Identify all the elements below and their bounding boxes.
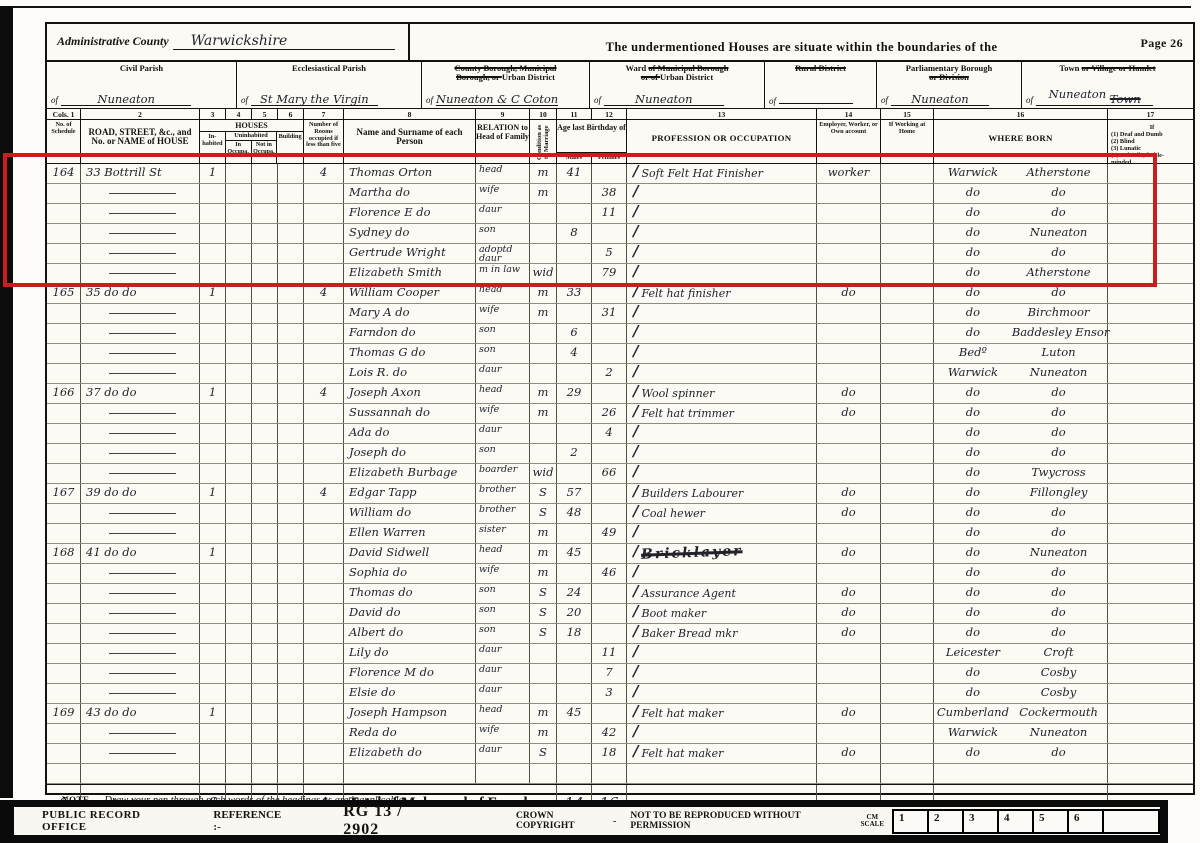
born-county: do [934, 744, 1012, 761]
infirmity [1108, 764, 1193, 783]
enumerator-tick: / [633, 343, 638, 360]
relation: head [476, 704, 530, 723]
rooms [304, 584, 344, 603]
age-male: 45 [557, 544, 592, 563]
born-place: Twycross [1012, 464, 1105, 481]
infirmity-label-line: (3) Lunatic [1111, 145, 1193, 152]
table-row: Sophia dowifem46/dodo [47, 564, 1193, 584]
houses-building [278, 684, 304, 703]
occupation-text: Bricklayer [641, 543, 743, 564]
where-born: dodo [934, 384, 1108, 403]
district-label: Civil Parish [47, 64, 236, 73]
houses-inhabited: 1 [200, 484, 226, 503]
address-ditto-line [109, 633, 177, 634]
houses-uninhabited-in-occupation [226, 404, 252, 423]
employer-status [817, 444, 881, 463]
working-at-home [881, 364, 934, 383]
district-label-text: Town [1059, 63, 1081, 73]
houses-uninhabited-not-in-occupation [252, 584, 278, 603]
enumerator-tick: / [633, 683, 638, 700]
enumerator-tick: / [633, 643, 638, 660]
address-ditto-line [109, 373, 177, 374]
boundary-statement: The undermentioned Houses are situate wi… [410, 24, 1193, 60]
person-name: Ada do [344, 424, 476, 443]
enumerator-tick: / [633, 663, 638, 680]
relation: son [476, 584, 530, 603]
schedule-number [47, 504, 81, 523]
age-female [592, 344, 627, 363]
working-at-home [881, 764, 934, 783]
address: 37 do do [81, 384, 200, 403]
born-county: do [934, 624, 1012, 641]
where-born: dodo [934, 604, 1108, 623]
houses-inhabited [200, 764, 226, 783]
occupation: /Assurance Agent [627, 584, 817, 603]
schedule-number [47, 764, 81, 783]
age-male: 29 [557, 384, 592, 403]
census-form: Administrative County Warwickshire The u… [45, 22, 1195, 795]
address-ditto-line [109, 533, 177, 534]
enumerator-tick: / [633, 403, 638, 420]
district-label: County Borough, MunicipalBorough, or Urb… [422, 64, 589, 82]
table-row: William dobrotherS48/Coal hewerdododo [47, 504, 1193, 524]
schedule-number: 169 [47, 704, 81, 723]
houses-uninhabited-not-in-occupation [252, 644, 278, 663]
table-row: Sussannah dowifem26/Felt hat trimmerdodo… [47, 404, 1193, 424]
houses-uninhabited-in-occupation [226, 744, 252, 763]
where-born: doNuneaton [934, 544, 1108, 563]
relation: wife [476, 564, 530, 583]
marriage-condition: m [530, 304, 557, 323]
person-name: Joseph Axon [344, 384, 476, 403]
infirmity [1108, 384, 1193, 403]
houses-inhabited [200, 304, 226, 323]
born-place: Croft [1012, 644, 1105, 661]
district-of-line: ofNuneaton [881, 92, 1017, 106]
enumerator-tick: / [633, 443, 638, 460]
where-born: doBirchmoor [934, 304, 1108, 323]
person-name: Reda do [344, 724, 476, 743]
age-female [592, 624, 627, 643]
houses-uninhabited-in-occupation [226, 544, 252, 563]
person-name: David do [344, 604, 476, 623]
table-row [47, 764, 1193, 784]
age-female [592, 704, 627, 723]
person-name: Joseph Hampson [344, 704, 476, 723]
occupation-text: Coal hewer [641, 507, 704, 520]
occupation-text: Felt hat finisher [641, 287, 730, 300]
born-place: do [1012, 504, 1105, 521]
houses-uninhabited-not-in-occupation [252, 604, 278, 623]
column-number: 12 [592, 109, 626, 120]
rooms [304, 744, 344, 763]
age-male [557, 644, 592, 663]
houses-uninhabited-in-occupation [226, 644, 252, 663]
age-male: 2 [557, 444, 592, 463]
houses-building [278, 524, 304, 543]
born-county: do [934, 524, 1012, 541]
relation: wife [476, 724, 530, 743]
working-at-home [881, 504, 934, 523]
rooms [304, 664, 344, 683]
address-ditto-line [109, 513, 177, 514]
table-row: Farndon doson6/doBaddesley Ensor [47, 324, 1193, 344]
infirmity [1108, 744, 1193, 763]
working-at-home [881, 684, 934, 703]
houses-building [278, 364, 304, 383]
relation: daur [476, 364, 530, 383]
infirmity-label-line: (2) Blind [1111, 138, 1193, 145]
scan-edge-strip [0, 6, 13, 798]
person-name [344, 764, 476, 783]
occupation: /Boot maker [627, 604, 817, 623]
marriage-condition: m [530, 564, 557, 583]
age-female: 46 [592, 564, 627, 583]
houses-building [278, 484, 304, 503]
born-county: do [934, 304, 1012, 321]
cm-scale-boxes: 123456 [894, 809, 1160, 834]
houses-uninhabited-not-in-occupation [252, 764, 278, 783]
infirmity [1108, 564, 1193, 583]
houses-uninhabited-in-occupation [226, 424, 252, 443]
person-name: Thomas do [344, 584, 476, 603]
address [81, 664, 200, 683]
table-row: Reda dowifem42/WarwickNuneaton [47, 724, 1193, 744]
where-born: CumberlandCockermouth [934, 704, 1108, 723]
age-female: 4 [592, 424, 627, 443]
houses-building [278, 384, 304, 403]
houses-uninhabited-not-in-occupation [252, 744, 278, 763]
district-label-text: Civil Parish [120, 63, 163, 73]
working-at-home [881, 344, 934, 363]
houses-inhabited [200, 684, 226, 703]
table-row: Ellen Warrensisterm49/dodo [47, 524, 1193, 544]
working-at-home [881, 744, 934, 763]
houses-inhabited [200, 344, 226, 363]
born-place: do [1012, 564, 1105, 581]
born-county: Warwick [934, 724, 1012, 741]
schedule-number [47, 644, 81, 663]
address-ditto-line [109, 413, 177, 414]
relation: daur [476, 644, 530, 663]
born-place: do [1012, 524, 1105, 541]
where-born: dodo [934, 404, 1108, 423]
houses-building [278, 744, 304, 763]
district-value: Nuneaton Town [1036, 92, 1153, 106]
district-label-line: Borough, or Urban District [422, 73, 589, 82]
employer-status [817, 424, 881, 443]
born-place: do [1012, 584, 1105, 601]
born-county: do [934, 404, 1012, 421]
rooms: 4 [304, 384, 344, 403]
district-value: Nuneaton [61, 92, 191, 106]
schedule-number [47, 724, 81, 743]
schedule-number [47, 604, 81, 623]
address [81, 504, 200, 523]
of-word: of [594, 95, 601, 105]
district-of-line: ofNuneaton [51, 92, 232, 106]
address [81, 324, 200, 343]
working-at-home [881, 724, 934, 743]
enumerator-tick: / [633, 423, 638, 440]
infirmity [1108, 364, 1193, 383]
employer-status [817, 344, 881, 363]
age-male [557, 664, 592, 683]
houses-building [278, 584, 304, 603]
district-of-line: ofNuneaton Town [1026, 92, 1189, 106]
infirmity [1108, 544, 1193, 563]
houses-uninhabited-in-occupation [226, 584, 252, 603]
column-number: 4 [226, 109, 252, 120]
houses-uninhabited-not-in-occupation [252, 464, 278, 483]
rooms [304, 684, 344, 703]
scale-box-empty [1102, 809, 1160, 834]
age-male: 57 [557, 484, 592, 503]
district-value-struck: Town [1110, 92, 1141, 106]
working-at-home [881, 604, 934, 623]
address-ditto-line [109, 433, 177, 434]
table-row: Albert dosonS18/Baker Bread mkrdododo [47, 624, 1193, 644]
boundary-statement-text: The undermentioned Houses are situate wi… [606, 40, 998, 54]
born-county: do [934, 684, 1012, 701]
where-born: BedºLuton [934, 344, 1108, 363]
occupation-text: Baker Bread mkr [641, 627, 737, 640]
houses-building [278, 564, 304, 583]
scale-box: 4 [997, 809, 1034, 834]
table-row: 16739 do do14Edgar TappbrotherS57/Builde… [47, 484, 1193, 504]
of-word: of [426, 95, 433, 105]
houses-building [278, 604, 304, 623]
column-number: 15 [881, 109, 933, 120]
of-word: of [1026, 95, 1033, 105]
address [81, 764, 200, 783]
relation: daur [476, 664, 530, 683]
district-value: St Mary the Virgin [251, 92, 378, 106]
marriage-condition: m [530, 384, 557, 403]
houses-inhabited [200, 664, 226, 683]
where-born: doFillongley [934, 484, 1108, 503]
marriage-condition: S [530, 504, 557, 523]
column-number: 2 [81, 109, 199, 120]
of-word: of [241, 95, 248, 105]
address [81, 464, 200, 483]
column-number: 16 [934, 109, 1107, 120]
marriage-condition: S [530, 624, 557, 643]
houses-inhabited [200, 364, 226, 383]
occupation: / [627, 324, 817, 343]
administrative-county-value: Warwickshire [173, 33, 395, 50]
infirmity [1108, 524, 1193, 543]
rooms [304, 364, 344, 383]
age-male [557, 464, 592, 483]
marriage-condition [530, 324, 557, 343]
occupation: / [627, 724, 817, 743]
address [81, 604, 200, 623]
enumerator-tick: / [633, 303, 638, 320]
age-male: 18 [557, 624, 592, 643]
age-female: 49 [592, 524, 627, 543]
relation: son [476, 324, 530, 343]
marriage-condition [530, 684, 557, 703]
working-at-home [881, 404, 934, 423]
schedule-number [47, 324, 81, 343]
houses-uninhabited-in-occupation [226, 624, 252, 643]
houses-inhabited [200, 444, 226, 463]
houses-uninhabited-not-in-occupation [252, 344, 278, 363]
marriage-condition: m [530, 524, 557, 543]
district-header-row: Civil ParishofNuneatonEcclesiastical Par… [47, 62, 1193, 109]
person-name: Lily do [344, 644, 476, 663]
relation: head [476, 384, 530, 403]
houses-uninhabited-in-occupation [226, 604, 252, 623]
column-number: Cols. 1 [47, 109, 80, 120]
houses-uninhabited-not-in-occupation [252, 444, 278, 463]
marriage-condition: wid [530, 464, 557, 483]
column-number: 8 [344, 109, 475, 120]
employer-status: do [817, 504, 881, 523]
marriage-condition [530, 444, 557, 463]
employer-status [817, 664, 881, 683]
administrative-county-box: Administrative County Warwickshire [47, 24, 410, 60]
enumerator-tick: / [633, 523, 638, 540]
houses-uninhabited-not-in-occupation [252, 304, 278, 323]
born-county: do [934, 464, 1012, 481]
employer-status: do [817, 704, 881, 723]
employer-status [817, 464, 881, 483]
houses-uninhabited-not-in-occupation [252, 404, 278, 423]
age-male: 4 [557, 344, 592, 363]
where-born: dodo [934, 444, 1108, 463]
address-ditto-line [109, 593, 177, 594]
occupation: / [627, 424, 817, 443]
district-of-line: ofNuneaton [594, 92, 760, 106]
district-box: Civil ParishofNuneaton [47, 62, 237, 108]
houses-uninhabited-not-in-occupation [252, 704, 278, 723]
working-at-home [881, 524, 934, 543]
houses-inhabited: 1 [200, 544, 226, 563]
rooms [304, 504, 344, 523]
enumerator-tick: / [633, 383, 638, 400]
born-county: do [934, 444, 1012, 461]
age-male [557, 684, 592, 703]
houses-uninhabited-in-occupation [226, 704, 252, 723]
working-at-home [881, 384, 934, 403]
houses-building [278, 544, 304, 563]
houses-uninhabited-not-in-occupation [252, 384, 278, 403]
column-number: 5 [252, 109, 278, 120]
of-word: of [769, 96, 776, 106]
houses-uninhabited-not-in-occupation [252, 664, 278, 683]
marriage-condition: m [530, 544, 557, 563]
column-number: 9 [476, 109, 529, 120]
houses-building [278, 644, 304, 663]
district-value: Nuneaton [604, 92, 724, 106]
schedule-number [47, 464, 81, 483]
schedule-number [47, 564, 81, 583]
column-number: 11 [557, 109, 592, 120]
footer-reference-label: REFERENCE :- [213, 809, 281, 833]
where-born: dodo [934, 564, 1108, 583]
person-name: Elsie do [344, 684, 476, 703]
employer-status [817, 564, 881, 583]
relation: daur [476, 744, 530, 763]
houses-uninhabited-in-occupation [226, 364, 252, 383]
where-born: dodo [934, 424, 1108, 443]
working-at-home [881, 704, 934, 723]
houses-uninhabited-in-occupation [226, 524, 252, 543]
where-born [934, 764, 1108, 783]
of-word: of [51, 95, 58, 105]
district-label: Town or Village or Hamlet [1022, 64, 1193, 73]
occupation-text: Builders Labourer [641, 487, 743, 500]
schedule-number: 168 [47, 544, 81, 563]
district-box: Ward of Municipal Boroughor of Urban Dis… [590, 62, 765, 108]
schedule-number [47, 664, 81, 683]
marriage-condition: m [530, 704, 557, 723]
district-label-text: or of [641, 72, 660, 82]
rooms [304, 764, 344, 783]
age-female [592, 504, 627, 523]
occupation-text: Wool spinner [641, 387, 714, 400]
age-female: 2 [592, 364, 627, 383]
relation: brother [476, 504, 530, 523]
age-male [557, 364, 592, 383]
person-name: Sussannah do [344, 404, 476, 423]
born-county: Warwick [934, 364, 1012, 381]
employer-status: do [817, 384, 881, 403]
address [81, 684, 200, 703]
table-row: Elizabeth Burbageboarderwid66/doTwycross [47, 464, 1193, 484]
address: 39 do do [81, 484, 200, 503]
where-born: doCosby [934, 664, 1108, 683]
houses-uninhabited-not-in-occupation [252, 424, 278, 443]
working-at-home [881, 304, 934, 323]
scale-box: 6 [1067, 809, 1104, 834]
working-at-home [881, 664, 934, 683]
marriage-condition: S [530, 604, 557, 623]
address-ditto-line [109, 673, 177, 674]
address [81, 564, 200, 583]
houses-uninhabited-not-in-occupation [252, 544, 278, 563]
relation: wife [476, 404, 530, 423]
footer-strip: PUBLIC RECORD OFFICE REFERENCE :- RG 13 … [14, 807, 1160, 835]
age-male: 20 [557, 604, 592, 623]
rooms [304, 524, 344, 543]
column-number: 14 [817, 109, 880, 120]
age-male: 48 [557, 504, 592, 523]
relation: boarder [476, 464, 530, 483]
houses-uninhabited-in-occupation [226, 764, 252, 783]
houses-inhabited [200, 324, 226, 343]
marriage-condition [530, 764, 557, 783]
infirmity [1108, 724, 1193, 743]
district-of-line: ofNuneaton & C Coton [426, 92, 585, 106]
district-label-text: Ecclesiastical Parish [292, 63, 366, 73]
infirmity [1108, 644, 1193, 663]
schedule-number [47, 404, 81, 423]
born-county: do [934, 384, 1012, 401]
address: 41 do do [81, 544, 200, 563]
age-male [557, 764, 592, 783]
address-ditto-line [109, 653, 177, 654]
houses-uninhabited-in-occupation [226, 344, 252, 363]
employer-status [817, 304, 881, 323]
person-name: Thomas G do [344, 344, 476, 363]
rooms [304, 304, 344, 323]
employer-status [817, 764, 881, 783]
district-label: Ward of Municipal Boroughor of Urban Dis… [590, 64, 764, 82]
administrative-county-label: Administrative County [57, 34, 169, 48]
